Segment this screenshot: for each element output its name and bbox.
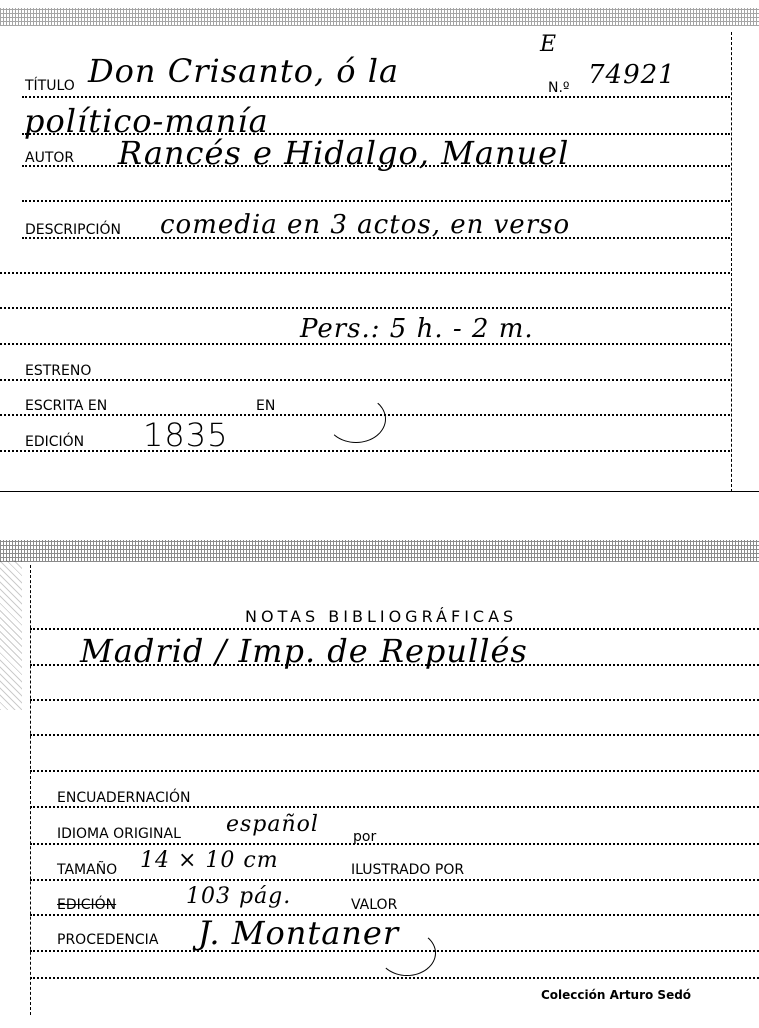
rule-line	[30, 734, 759, 736]
titulo-value: Don Crisanto, ó la	[88, 52, 399, 90]
rule-line	[30, 977, 759, 979]
edicion-value: 1835	[143, 416, 228, 454]
rule-line	[22, 96, 730, 98]
escrita-en-label: ESCRITA EN	[25, 398, 107, 414]
scan-noise-side	[0, 560, 22, 710]
autor-value: Rancés e Hidalgo, Manuel	[118, 134, 569, 172]
scan-noise-top	[0, 8, 759, 26]
card-left-border	[30, 565, 31, 1015]
procedencia-value: J. Montaner	[198, 914, 399, 952]
card-bottom-edge	[0, 491, 759, 492]
numero-label: N.º	[548, 80, 570, 96]
rule-line	[0, 450, 730, 452]
rule-line	[30, 843, 759, 845]
edicion-value: 103 pág.	[186, 884, 291, 909]
en-label: EN	[256, 398, 275, 414]
idioma-original-value: español	[226, 812, 319, 837]
ilustrado-por-label: ILUSTRADO POR	[351, 862, 464, 878]
rule-line	[0, 379, 730, 381]
descripcion-label: DESCRIPCIÓN	[25, 222, 121, 238]
tamano-value: 14 × 10 cm	[140, 848, 279, 873]
personajes-value: Pers.: 5 h. - 2 m.	[300, 314, 534, 344]
rule-line	[30, 806, 759, 808]
estreno-label: ESTRENO	[25, 363, 91, 379]
card-right-border	[731, 32, 732, 492]
rule-line	[30, 628, 759, 630]
autor-label: AUTOR	[25, 150, 74, 166]
numero-mark: E	[540, 32, 557, 57]
descripcion-value: comedia en 3 actos, en verso	[160, 210, 570, 240]
stamp-mark	[326, 395, 386, 443]
rule-line	[0, 272, 730, 274]
valor-label: VALOR	[351, 897, 397, 913]
numero-value: 74921	[588, 60, 676, 90]
por-label: por	[353, 829, 376, 845]
rule-line	[0, 307, 730, 309]
rule-line	[22, 200, 730, 202]
scan-noise-top	[0, 540, 759, 562]
encuadernacion-label: ENCUADERNACIÓN	[57, 790, 190, 806]
stamp-mark	[378, 930, 436, 976]
notas-value: Madrid / Imp. de Repullés	[80, 632, 528, 670]
titulo-label: TÍTULO	[25, 78, 75, 94]
procedencia-label: PROCEDENCIA	[57, 932, 158, 948]
rule-line	[30, 699, 759, 701]
rule-line	[30, 879, 759, 881]
rule-line	[30, 770, 759, 772]
collection-footer: Colección Arturo Sedó	[541, 988, 691, 1002]
idioma-original-label: IDIOMA ORIGINAL	[57, 826, 181, 842]
tamano-label: TAMAÑO	[57, 862, 117, 878]
notas-heading: NOTAS BIBLIOGRÁFICAS	[245, 607, 517, 626]
edicion-label: EDICIÓN	[25, 434, 84, 450]
edicion-label: EDICIÓN	[57, 897, 116, 913]
